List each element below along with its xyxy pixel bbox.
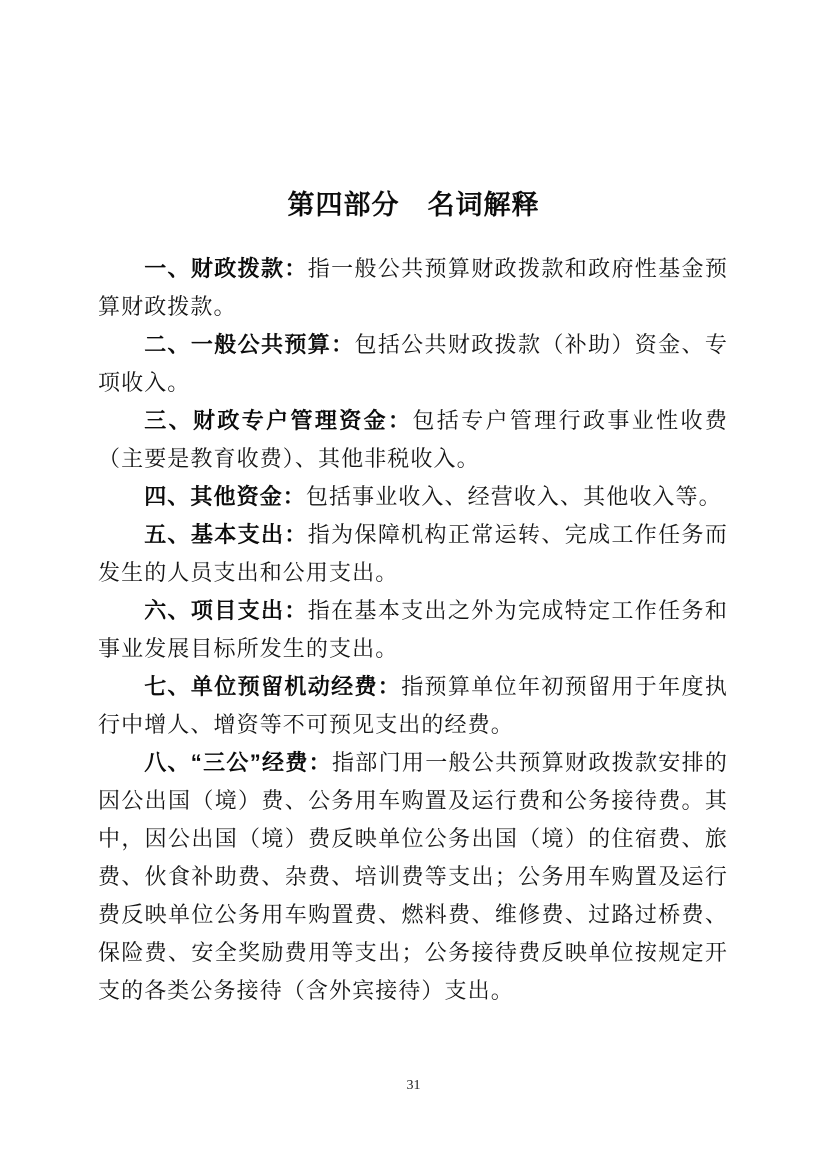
term-paragraph: 七、单位预留机动经费：指预算单位年初预留用于年度执行中增人、增资等不可预见支出的… (98, 668, 728, 744)
term-label: 三、财政专户管理资金： (144, 408, 412, 433)
term-label: 二、一般公共预算： (144, 332, 354, 357)
term-label: 四、其他资金： (144, 484, 306, 509)
term-paragraph: 四、其他资金：包括事业收入、经营收入、其他收入等。 (98, 478, 728, 516)
term-definition: 指部门用一般公共预算财政拨款安排的因公出国（境）费、公务用车购置及运行费和公务接… (98, 750, 728, 1003)
document-page: 第四部分 名词解释 一、财政拨款：指一般公共预算财政拨款和政府性基金预算财政拨款… (0, 0, 827, 1169)
page-number: 31 (0, 1078, 827, 1094)
term-paragraph: 六、项目支出：指在基本支出之外为完成特定工作任务和事业发展目标所发生的支出。 (98, 592, 728, 668)
term-label: 七、单位预留机动经费： (144, 674, 401, 699)
term-label: 一、财政拨款： (144, 256, 308, 281)
term-definition: 包括事业收入、经营收入、其他收入等。 (306, 484, 722, 509)
term-paragraph: 五、基本支出：指为保障机构正常运转、完成工作任务而发生的人员支出和公用支出。 (98, 516, 728, 592)
term-paragraph: 三、财政专户管理资金：包括专户管理行政事业性收费（主要是教育收费）、其他非税收入… (98, 402, 728, 478)
term-paragraph: 八、“三公”经费：指部门用一般公共预算财政拨款安排的因公出国（境）费、公务用车购… (98, 744, 728, 1010)
terms-section: 一、财政拨款：指一般公共预算财政拨款和政府性基金预算财政拨款。 二、一般公共预算… (98, 250, 728, 1010)
term-paragraph: 一、财政拨款：指一般公共预算财政拨款和政府性基金预算财政拨款。 (98, 250, 728, 326)
page-title: 第四部分 名词解释 (0, 188, 827, 222)
term-paragraph: 二、一般公共预算：包括公共财政拨款（补助）资金、专项收入。 (98, 326, 728, 402)
term-label: 八、“三公”经费： (144, 750, 332, 775)
term-label: 五、基本支出： (144, 522, 308, 547)
term-label: 六、项目支出： (144, 598, 308, 623)
